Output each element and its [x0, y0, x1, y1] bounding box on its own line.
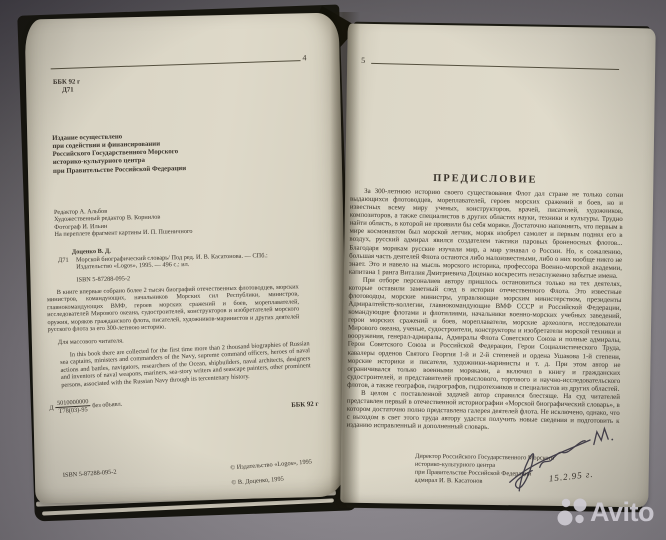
left-header-rule [51, 60, 301, 69]
right-page-number: 5 [361, 56, 365, 65]
annotation-ru: В книге впервые собрано более 2 тысяч би… [47, 283, 300, 333]
author-code: Д71 [62, 87, 74, 95]
print-code-prefix: Д [49, 405, 54, 412]
annotation-en: In this book there are collected for the… [60, 340, 311, 389]
left-page: 4 ББК 92 г Д71 Издание осуществлено при … [25, 13, 350, 504]
annotation-audience: Для массового читателя. [58, 337, 124, 346]
bib-code: Д71 [58, 257, 69, 265]
avito-watermark: Avito [556, 488, 664, 536]
print-code-denominator: Т78(03)-95 [55, 406, 91, 415]
bib-author: Доценко В. Д. [72, 248, 111, 256]
isbn-footer: ISBN 5-87288-095-2 [63, 468, 117, 479]
right-header-rule [371, 63, 619, 70]
preface-paragraph: За 300-летнюю историю своего существован… [349, 188, 623, 281]
left-page-number: 4 [302, 53, 306, 62]
bbk-footer: ББК 92 г [291, 401, 319, 410]
isbn-top: ISBN 5-87288-095-2 [76, 275, 130, 284]
print-code: Д 5010000000 Т78(03)-95 без объявл. [49, 396, 123, 416]
preface-paragraph: При отборе персоналиев автору пришлось о… [347, 277, 622, 394]
print-code-suffix: без объявл. [92, 401, 122, 410]
preface-title: ПРЕДИСЛОВИЕ [349, 172, 621, 187]
right-page: 5 ПРЕДИСЛОВИЕ За 300-летнюю историю свое… [340, 24, 655, 508]
avito-watermark-label: Avito [590, 497, 654, 528]
avito-logo-icon [556, 495, 590, 529]
